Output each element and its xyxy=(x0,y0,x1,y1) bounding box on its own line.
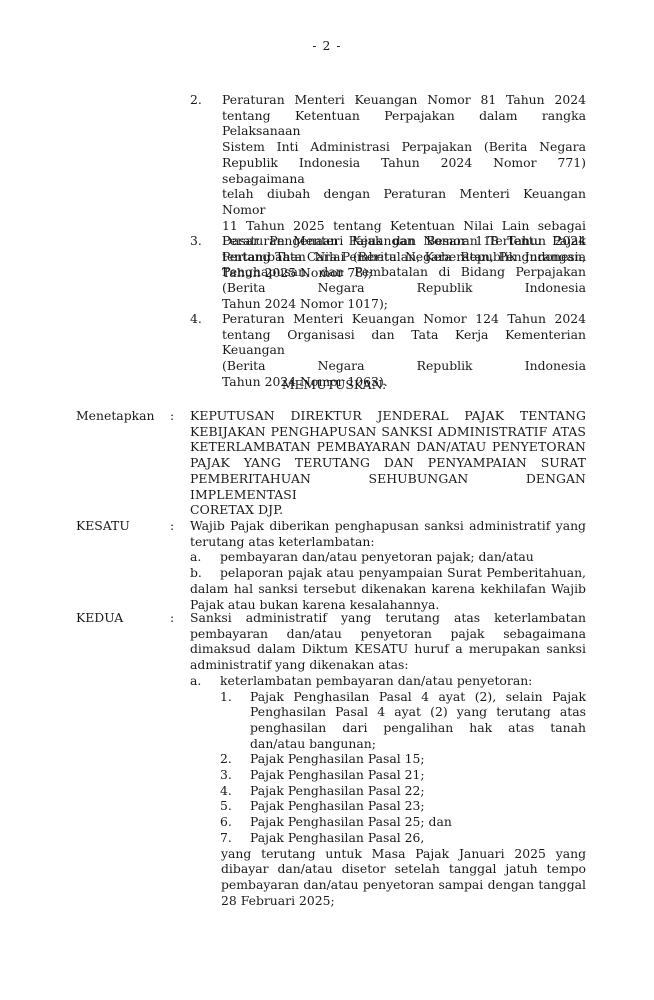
menetapkan-label: Menetapkan xyxy=(76,408,155,424)
text-line: Pajak Penghasilan Pasal 15; xyxy=(250,751,586,767)
kesatu-item-b: b.pelaporan pajak atau penyampaian Surat… xyxy=(190,565,586,612)
text-line: 28 Februari 2025; xyxy=(221,893,586,909)
kedua-intro: Sanksi administratif yang terutang atas … xyxy=(190,610,586,673)
tax-article-item: 6.Pajak Penghasilan Pasal 25; dan xyxy=(220,814,586,830)
tax-article-list: 1.Pajak Penghasilan Pasal 4 ayat (2), se… xyxy=(220,689,586,846)
text-line: Pajak Penghasilan Pasal 4 ayat (2), sela… xyxy=(250,689,586,705)
item-text: Pajak Penghasilan Pasal 22; xyxy=(250,783,586,799)
item-number: 1. xyxy=(220,689,232,705)
text-line: dibayar dan/atau disetor setelah tanggal… xyxy=(221,861,586,877)
item-text: Pajak Penghasilan Pasal 15; xyxy=(250,751,586,767)
text-line: b.pelaporan pajak atau penyampaian Surat… xyxy=(190,565,586,581)
considering-item-3: 3. Peraturan Menteri Keuangan Nomor 118 … xyxy=(190,233,586,312)
text-line: Pajak Penghasilan Pasal 21; xyxy=(250,767,586,783)
tax-article-item: 3.Pajak Penghasilan Pasal 21; xyxy=(220,767,586,783)
text-line: dan/atau bangunan; xyxy=(250,736,586,752)
tax-article-item: 4.Pajak Penghasilan Pasal 22; xyxy=(220,783,586,799)
item-text: Pajak Penghasilan Pasal 25; dan xyxy=(250,814,586,830)
item-number: 2. xyxy=(220,751,232,767)
text-line: Pajak Penghasilan Pasal 23; xyxy=(250,798,586,814)
text-line: pembayaran dan/atau penyetoran sampai de… xyxy=(221,877,586,893)
item-letter: b. xyxy=(190,565,220,581)
text-line: telah diubah dengan Peraturan Menteri Ke… xyxy=(222,186,586,217)
text-line: Wajib Pajak diberikan penghapusan sanksi… xyxy=(190,518,586,534)
tax-article-item: 1.Pajak Penghasilan Pasal 4 ayat (2), se… xyxy=(220,689,586,752)
text-line: KEPUTUSAN DIREKTUR JENDERAL PAJAK TENTAN… xyxy=(190,408,586,424)
tax-article-item: 7.Pajak Penghasilan Pasal 26, xyxy=(220,830,586,846)
item-number: 7. xyxy=(220,830,232,846)
item-text: Peraturan Menteri Keuangan Nomor 118 Tah… xyxy=(222,233,586,312)
item-number: 6. xyxy=(220,814,232,830)
text-line: Sistem Inti Administrasi Perpajakan (Ber… xyxy=(222,139,586,155)
kesatu-item-a: a. pembayaran dan/atau penyetoran pajak;… xyxy=(190,549,586,565)
text-line: tentang Tata Cara Pembetulan, Keberatan,… xyxy=(222,249,586,265)
item-number: 3. xyxy=(220,767,232,783)
text-line: yang terutang untuk Masa Pajak Januari 2… xyxy=(221,846,586,862)
item-text: pembayaran dan/atau penyetoran pajak; da… xyxy=(220,549,586,565)
text-line: terutang atas keterlambatan: xyxy=(190,534,586,550)
text-line: 11 Tahun 2025 tentang Ketentuan Nilai La… xyxy=(222,218,586,234)
text-line: administratif yang dikenakan atas: xyxy=(190,657,586,673)
text-line: (Berita Negara Republik Indonesia xyxy=(222,358,586,374)
item-letter: a. xyxy=(190,673,201,689)
text-line: KEBIJAKAN PENGHAPUSAN SANKSI ADMINISTRAT… xyxy=(190,424,586,440)
text-line: Penghasilan Pasal 4 ayat (2) yang teruta… xyxy=(250,704,586,720)
text-line: (Berita Negara Republik Indonesia xyxy=(222,280,586,296)
tax-article-item: 2.Pajak Penghasilan Pasal 15; xyxy=(220,751,586,767)
menetapkan-colon: : xyxy=(170,408,174,424)
item-number: 5. xyxy=(220,798,232,814)
decision-heading: MEMUTUSKAN: xyxy=(0,377,654,393)
text-line: pembayaran dan/atau penyetoran pajak seb… xyxy=(190,626,586,642)
text-line: Peraturan Menteri Keuangan Nomor 118 Tah… xyxy=(222,233,586,249)
item-text: Pajak Penghasilan Pasal 23; xyxy=(250,798,586,814)
kesatu-colon: : xyxy=(170,518,174,534)
kedua-colon: : xyxy=(170,610,174,626)
item-number: 3. xyxy=(190,233,202,249)
page-number: - 2 - xyxy=(0,38,654,54)
item-text: keterlambatan pembayaran dan/atau penyet… xyxy=(220,673,586,689)
item-number: 4. xyxy=(220,783,232,799)
kedua-closing: yang terutang untuk Masa Pajak Januari 2… xyxy=(221,846,586,909)
text-line: tentang Organisasi dan Tata Kerja Kement… xyxy=(222,327,586,358)
text-line: Tahun 2024 Nomor 1017); xyxy=(222,296,586,312)
item-number: 2. xyxy=(190,92,202,108)
text-line: Pajak Penghasilan Pasal 22; xyxy=(250,783,586,799)
item-letter: a. xyxy=(190,549,201,565)
item-a-body: keterlambatan pembayaran dan/atau penyet… xyxy=(220,673,586,846)
text-line: Republik Indonesia Tahun 2024 Nomor 771)… xyxy=(222,155,586,186)
item-text: Pajak Penghasilan Pasal 21; xyxy=(250,767,586,783)
text-line: PAJAK YANG TERUTANG DAN PENYAMPAIAN SURA… xyxy=(190,455,586,471)
text-line: dimaksud dalam Diktum KESATU huruf a mer… xyxy=(190,641,586,657)
text-line: Pajak Penghasilan Pasal 26, xyxy=(250,830,586,846)
item-text: Pajak Penghasilan Pasal 4 ayat (2), sela… xyxy=(250,689,586,752)
text-line: dalam hal sanksi tersebut dikenakan kare… xyxy=(190,581,586,597)
menetapkan-text: KEPUTUSAN DIREKTUR JENDERAL PAJAK TENTAN… xyxy=(190,408,586,518)
item-text: Pajak Penghasilan Pasal 26, xyxy=(250,830,586,846)
text-line: Peraturan Menteri Keuangan Nomor 81 Tahu… xyxy=(222,92,586,108)
kesatu-intro: Wajib Pajak diberikan penghapusan sanksi… xyxy=(190,518,586,549)
text-line: KETERLAMBATAN PEMBAYARAN DAN/ATAU PENYET… xyxy=(190,439,586,455)
item-number: 4. xyxy=(190,311,202,327)
kesatu-content: Wajib Pajak diberikan penghapusan sanksi… xyxy=(190,518,586,612)
kedua-item-a: a. keterlambatan pembayaran dan/atau pen… xyxy=(190,673,586,846)
text-line: PEMBERITAHUAN SEHUBUNGAN DENGAN IMPLEMEN… xyxy=(190,471,586,502)
text-line: penghasilan dari pengalihan hak atas tan… xyxy=(250,720,586,736)
text-line: tentang Ketentuan Perpajakan dalam rangk… xyxy=(222,108,586,139)
text-line: Penghapusan, dan Pembatalan di Bidang Pe… xyxy=(222,264,586,280)
kedua-content: Sanksi administratif yang terutang atas … xyxy=(190,610,586,908)
tax-article-item: 5.Pajak Penghasilan Pasal 23; xyxy=(220,798,586,814)
text-line: Sanksi administratif yang terutang atas … xyxy=(190,610,586,626)
text-line: Peraturan Menteri Keuangan Nomor 124 Tah… xyxy=(222,311,586,327)
text-line: Pajak Penghasilan Pasal 25; dan xyxy=(250,814,586,830)
kedua-label: KEDUA xyxy=(76,610,123,626)
kesatu-label: KESATU xyxy=(76,518,130,534)
text-line: CORETAX DJP. xyxy=(190,502,586,518)
item-text: b.pelaporan pajak atau penyampaian Surat… xyxy=(190,565,586,612)
